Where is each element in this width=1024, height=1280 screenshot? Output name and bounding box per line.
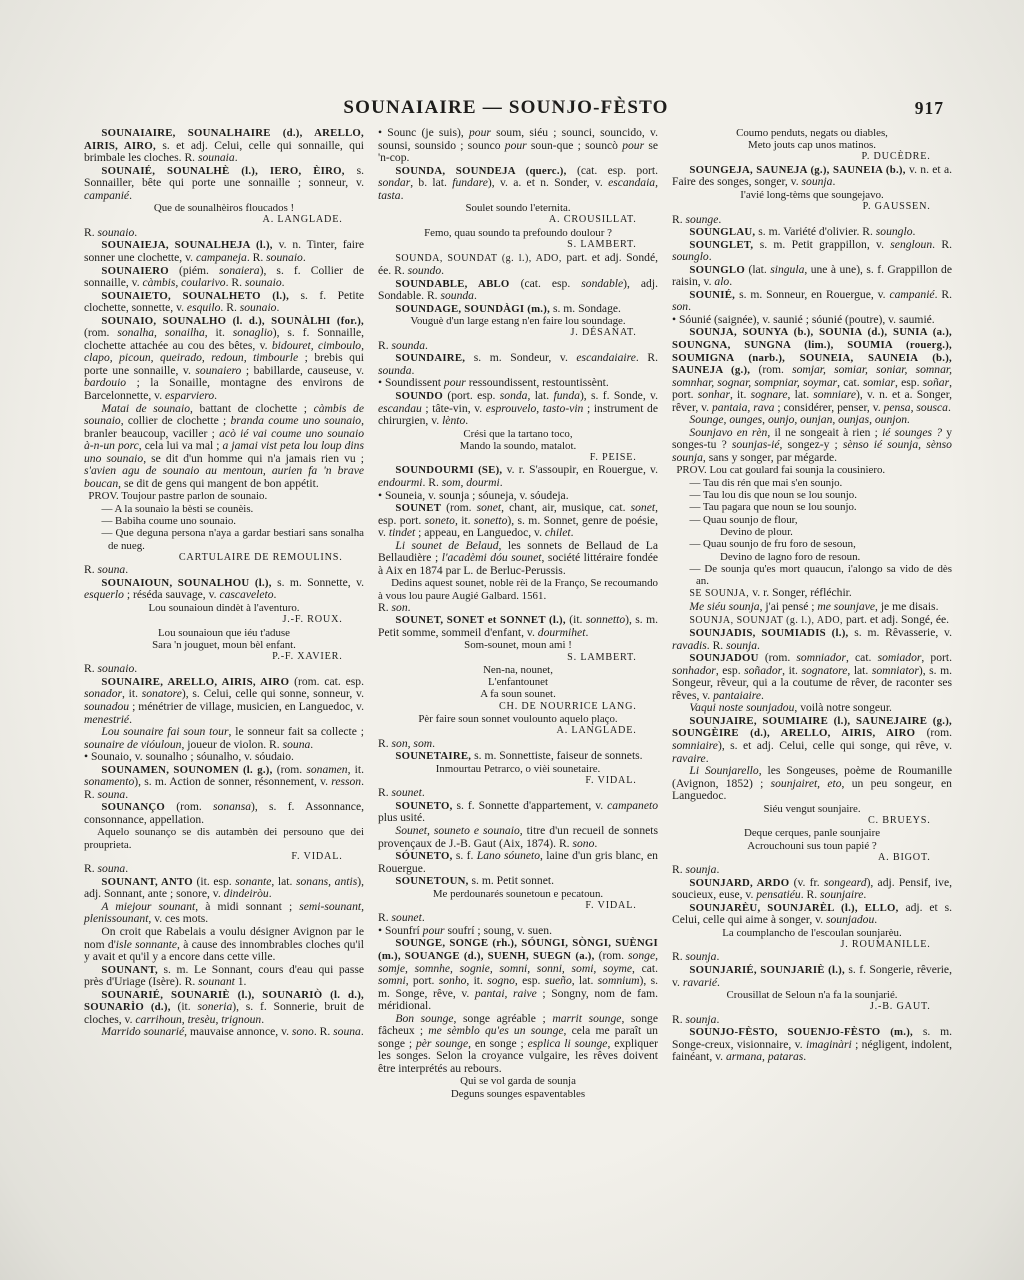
dictionary-entry: SOUNANT, ANTO (it. esp. sonante, lat. so… [84,876,364,901]
entry-paragraph: A miejour sounant, à midi sonnant ; semi… [84,901,364,926]
column-1: SOUNAIAIRE, SOUNALHAIRE (d.), ARELLO, AI… [84,127,364,1100]
headword: SOUNGE, SONGE (rh.), SÓUNGI, SÒNGI, SUÈN… [378,937,658,962]
dictionary-entry: SOUNAIRE, ARELLO, AIRIS, AIRO (rom. cat.… [84,676,364,726]
entry-paragraph: Li sounet de Belaud, les sonnets de Bell… [378,540,658,578]
dictionary-entry: SOUNAIOUN, SOUNALHOU (l.), s. m. Sonnett… [84,577,364,602]
verse-quotation: Vouguè d'un large estang n'en faire lou … [378,315,658,327]
quotation-attribution: S. LAMBERT. [378,652,658,664]
verse-quotation: Femo, quau soundo ta prefoundo doulour ? [378,227,658,239]
root-reference: R. sounja. [672,864,952,877]
headword: SOUNAIAIRE, SOUNALHAIRE (d.), ARELLO, AI… [84,127,364,152]
headword: SOUNDO [395,390,447,402]
dictionary-entry: SOUNDA, SOUNDEJA (querc.), (cat. esp. po… [378,165,658,203]
dictionary-entry: SOUNJO-FÈSTO, SOUENJO-FÈSTO (m.), s. m. … [672,1026,952,1064]
dictionary-entry: SOUNGLO (lat. singula, une à une), s. f.… [672,264,952,289]
text-columns: SOUNAIAIRE, SOUNALHAIRE (d.), ARELLO, AI… [84,127,952,1100]
root-reference: R. sounja. [672,1014,952,1027]
dictionary-entry: SOUNJA, SOUNYA (b.), SOUNIA (d.), SUNIA … [672,326,952,414]
headword: SOUNJARIÉ, SOUNJARIÈ (l.), [689,964,848,976]
headword: SOUNDAIRE, [395,352,473,364]
dictionary-entry: SOUNAIEJA, SOUNALHEJA (l.), v. n. Tinter… [84,239,364,264]
entry-paragraph: Vaqui noste sounjadou, voilà notre songe… [672,702,952,715]
headword: SOUNAIEJA, SOUNALHEJA (l.), [101,239,278,251]
cross-reference-note: • Sounc (je suis), pour soum, siéu ; sou… [378,127,658,165]
quotation-attribution: S. LAMBERT. [378,239,658,251]
verse-quotation: Qui se vol garda de sounjaDeguns sounges… [378,1075,658,1099]
dictionary-entry: SOUNGEJA, SAUNEJA (g.), SAUNEIA (b.), v.… [672,164,952,189]
proverb-block: PROV. Toujour pastre parlon de sounaio.—… [84,490,364,551]
verse-quotation: Crousillat de Seloun n'a fa la sounjarié… [672,989,952,1001]
dictionary-entry: SOUNJADOU (rom. somniador, cat. somiador… [672,652,952,702]
entry-paragraph: Li Sounjarello, les Songeuses, poème de … [672,765,952,803]
dictionary-entry: SOUNETOUN, s. m. Petit sonnet. [378,875,658,888]
cross-reference-note: • Sounfrí pour soufrí ; soung, v. suen. [378,925,658,938]
dictionary-entry: SOUNGLET, s. m. Petit grappillon, v. sen… [672,239,952,264]
verse-quotation: Que de sounalhèiros floucados ! [84,202,364,214]
quotation-attribution: A. CROUSILLAT. [378,214,658,226]
headword: SOUNGLET, [689,239,759,251]
headword: SOUNANT, ANTO [101,876,196,888]
headword: SOUNET [395,502,446,514]
headword: SOUNETAIRE, [395,750,474,762]
dictionary-entry: SOUNJARIÉ, SOUNJARIÈ (l.), s. f. Songeri… [672,964,952,989]
verse-quotation: Deque cerques, panle sounjaireAcrouchoun… [672,827,952,851]
headword: SOUNGLAU, [689,226,758,238]
headword: SOUNAIOUN, SOUNALHOU (l.), [101,577,277,589]
headword: SOUNDA, SOUNDAT (g. l.), ADO, [395,253,566,264]
headword: SOUNAIRE, ARELLO, AIRIS, AIRO [101,676,294,688]
headword: SOUNGEJA, SAUNEJA (g.), SAUNEIA (b.), [689,164,909,176]
dictionary-subentry: SE SOUNJA, v. r. Songer, réfléchir. [672,587,952,601]
root-reference: R. sounaio. [84,663,364,676]
dictionary-entry: SOUNDO (port. esp. sonda, lat. funda), s… [378,390,658,428]
entry-paragraph: Bon sounge, songe agréable ; marrit soun… [378,1013,658,1076]
dictionary-entry: SOUNAMEN, SOUNOMEN (l. g.), (rom. soname… [84,764,364,802]
dictionary-entry: SOUNET, SONET et SONNET (l.), (it. sonne… [378,614,658,639]
entry-paragraph: Marrido sounarié, mauvaise annonce, v. s… [84,1026,364,1039]
verse-quotation: I'avié long-tèms que soungejavo. [672,189,952,201]
verse-quotation: La coumplancho de l'escoulan sounjarèu. [672,927,952,939]
dictionary-entry: SOUNET (rom. sonet, chant, air, musique,… [378,502,658,540]
verse-quotation: Siéu vengut sounjaire. [672,803,952,815]
dictionary-entry: SOUNAIAIRE, SOUNALHAIRE (d.), ARELLO, AI… [84,127,364,165]
root-reference: R. souna. [84,564,364,577]
headword: SOUNDAGE, SOUNDÀGI (m.), [395,303,553,315]
column-2: • Sounc (je suis), pour soum, siéu ; sou… [378,127,658,1100]
headword: SOUNANT, [101,964,163,976]
headword: SOUNGLO [689,264,748,276]
dictionary-entry: SOUNDAGE, SOUNDÀGI (m.), s. m. Sondage. [378,303,658,316]
entry-paragraph: On croit que Rabelais a voulu désigner A… [84,926,364,964]
dictionary-entry: SOUNAIETO, SOUNALHETO (l.), s. f. Petite… [84,290,364,315]
dictionary-entry: SOUNDABLE, ABLO (cat. esp. sondable), ad… [378,278,658,303]
headword: SOUNAIÉ, SOUNALHÈ (l.), IERO, ÈIRO, [101,165,356,177]
dictionary-entry: SOUNARIÉ, SOUNARIÈ (l.), SOUNARIÒ (l. d.… [84,989,364,1027]
headword: SOUNAIERO [101,265,179,277]
quotation-attribution: J.-F. ROUX. [84,614,364,626]
headword: SOUNETO, [395,800,456,812]
dictionary-entry: SOUNETO, s. f. Sonnette d'appartement, v… [378,800,658,825]
dictionary-entry: SOUNJARÈU, SOUNJARÈL (l.), ELLO, adj. et… [672,902,952,927]
dictionary-entry: SOUNETAIRE, s. m. Sonnettiste, faiseur d… [378,750,658,763]
dictionary-entry: SOUNAIÉ, SOUNALHÈ (l.), IERO, ÈIRO, s. S… [84,165,364,203]
headword: SOUNAIO, SOUNALHO (l. d.), SOUNÀLHI (for… [101,315,364,327]
verse-quotation: Me perdounarés sounetoun e pecatoun. [378,888,658,900]
verse-quotation: Som-sounet, moun ami ! [378,639,658,651]
running-head: SOUNAIAIRE — SOUNJO-FÈSTO [72,97,940,119]
headword: SOUNDA, SOUNDEJA (querc.), [395,165,577,177]
headword: SOUNJA, SOUNJAT (g. l.), ADO, [689,615,846,626]
verse-quotation: Coumo penduts, negats ou diables,Meto jo… [672,127,952,151]
headword: SOUNETOUN, [395,875,471,887]
prose-quotation: Aquelo sounanço se dis autambèn dei pers… [84,826,364,850]
verse-quotation: Crési que la tartano toco,Mando la sound… [378,428,658,452]
verse-quotation: Soulet soundo l'eternita. [378,202,658,214]
headword: SOUNIÉ, [689,289,739,301]
dictionary-entry: SOUNJAIRE, SOUMIAIRE (l.), SAUNEJAIRE (g… [672,715,952,765]
dictionary-entry: SOUNANT, s. m. Le Sonnant, cours d'eau q… [84,964,364,989]
entry-paragraph: Me siéu sounja, j'ai pensé ; me sounjave… [672,601,952,614]
headword: SOUNDABLE, ABLO [395,278,520,290]
verse-quotation: Inmourtau Petrarco, o vièi sounetaire. [378,763,658,775]
entry-paragraph: Sounjavo en rèn, il ne songeait à rien ;… [672,427,952,465]
verse-quotation: Pèr faire soun sonnet voulounto aquelo p… [378,713,658,725]
dictionary-subentry: SOUNJA, SOUNJAT (g. l.), ADO, part. et a… [672,614,952,628]
dictionary-entry: SOUNDOURMI (SE), v. r. S'assoupir, en Ro… [378,464,658,489]
entry-paragraph: Lou sounaire fai soun tour, le sonneur f… [84,726,364,751]
quotation-attribution: CH. DE NOURRICE LANG. [378,701,658,713]
dictionary-entry: SOUNIÉ, s. m. Sonneur, en Rouergue, v. c… [672,289,952,314]
headword: SOUNJAIRE, SOUMIAIRE (l.), SAUNEJAIRE (g… [672,715,952,740]
prose-quotation: Dedins aquest sounet, noble rèi de la Fr… [378,577,658,601]
headword: SÓUNETO, [395,850,456,862]
dictionary-entry: SOUNDAIRE, s. m. Sondeur, v. escandaiair… [378,352,658,377]
entry-paragraph: Matai de sounaio, battant de clochette ;… [84,403,364,491]
dictionary-page-scan: SOUNAIAIRE — SOUNJO-FÈSTO 917 SOUNAIAIRE… [0,0,1024,1280]
quotation-attribution: P. DUCÈDRE. [672,151,952,163]
dictionary-entry: SOUNAIO, SOUNALHO (l. d.), SOUNÀLHI (for… [84,315,364,403]
dictionary-entry: SÓUNETO, s. f. Lano sóuneto, laine d'un … [378,850,658,875]
headword: SOUNJARD, ARDO [689,877,793,889]
dictionary-entry: SOUNANÇO (rom. sonansa), s. f. Assonnanc… [84,801,364,826]
entry-paragraph: Sounet, souneto e sounaio, titre d'un re… [378,825,658,850]
dictionary-subentry: SOUNDA, SOUNDAT (g. l.), ADO, part. et a… [378,252,658,278]
page-number: 917 [915,98,944,119]
dictionary-entry: SOUNJADIS, SOUMIADIS (l.), s. m. Rêvasse… [672,627,952,652]
headword: SE SOUNJA, [689,588,752,599]
verse-quotation: Lou sounaioun dindèt à l'aventuro. [84,602,364,614]
headword: SOUNANÇO [101,801,176,813]
headword: SOUNAIETO, SOUNALHETO (l.), [101,290,300,302]
verse-quotation: Lou sounaioun que iéu t'aduseSara 'n jou… [84,627,364,651]
dictionary-entry: SOUNJARD, ARDO (v. fr. songeard), adj. P… [672,877,952,902]
headword: SOUNAMEN, SOUNOMEN (l. g.), [101,764,276,776]
headword: SOUNET, SONET et SONNET (l.), [395,614,569,626]
dictionary-entry: SOUNGE, SONGE (rh.), SÓUNGI, SÒNGI, SUÈN… [378,937,658,1012]
headword: SOUNDOURMI (SE), [395,464,506,476]
verse-quotation: Nen-na, nounet,L'enfantounetA fa soun so… [378,664,658,701]
headword: SOUNJO-FÈSTO, SOUENJO-FÈSTO (m.), [689,1026,922,1038]
headword: SOUNJADIS, SOUMIADIS (l.), [689,627,854,639]
headword: SOUNJADOU [689,652,764,664]
proverb-block: PROV. Lou cat goulard fai sounja la cous… [672,464,952,587]
column-3: Coumo penduts, negats ou diables,Meto jo… [672,127,952,1100]
dictionary-entry: SOUNAIERO (piém. sonaiera), s. f. Collie… [84,265,364,290]
headword: SOUNJARÈU, SOUNJARÈL (l.), ELLO, [689,902,905,914]
quotation-attribution: C. BRUEYS. [672,815,952,827]
cross-reference-note: • Sóunié (saignée), v. saunié ; sóunié (… [672,314,952,327]
page-header: SOUNAIAIRE — SOUNJO-FÈSTO 917 [84,97,952,123]
